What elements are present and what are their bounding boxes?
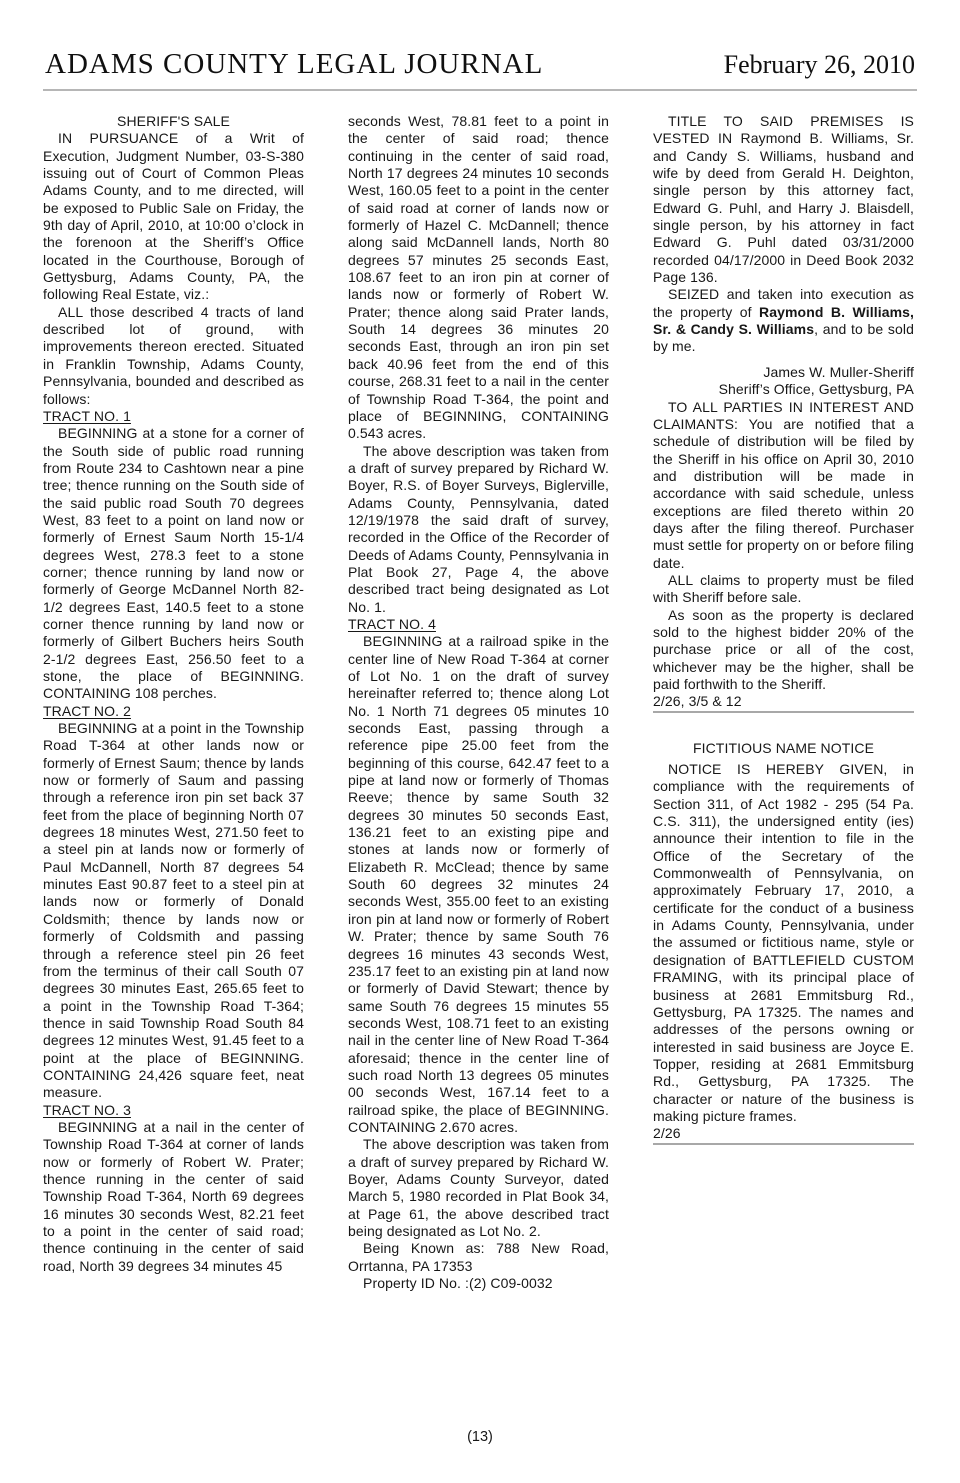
paragraph: BEGINNING at a railroad spike in the cen… [348, 633, 609, 1136]
column-3: TITLE TO SAID PREMISES IS VESTED IN Raym… [653, 113, 914, 1292]
paragraph: SEIZED and taken into execution as the p… [653, 286, 914, 355]
column-1: SHERIFF'S SALEIN PURSUANCE of a Writ of … [43, 113, 304, 1292]
paragraph: TO ALL PARTIES IN INTEREST AND CLAIMANTS… [653, 399, 914, 572]
issue-date: February 26, 2010 [724, 50, 915, 80]
section-divider [653, 711, 914, 713]
paragraph: BEGINNING at a point in the Township Roa… [43, 720, 304, 1102]
paragraph: NOTICE IS HEREBY GIVEN, in compliance wi… [653, 761, 914, 1125]
article-columns: SHERIFF'S SALEIN PURSUANCE of a Writ of … [43, 113, 917, 1292]
paragraph: BEGINNING at a nail in the center of Tow… [43, 1119, 304, 1275]
paragraph: TITLE TO SAID PREMISES IS VESTED IN Raym… [653, 113, 914, 286]
paragraph: seconds West, 78.81 feet to a point in t… [348, 113, 609, 443]
column-2: seconds West, 78.81 feet to a point in t… [348, 113, 609, 1292]
paragraph: Property ID No. :(2) C09-0032 [348, 1275, 609, 1292]
journal-page: ADAMS COUNTY LEGAL JOURNAL February 26, … [0, 0, 960, 1483]
section-heading: SHERIFF'S SALE [43, 113, 304, 130]
paragraph: Being Known as: 788 New Road, Orrtanna, … [348, 1240, 609, 1275]
paragraph: The above description was taken from a d… [348, 443, 609, 616]
section-divider [653, 1143, 914, 1145]
paragraph: IN PURSUANCE of a Writ of Execution, Jud… [43, 130, 304, 303]
masthead: ADAMS COUNTY LEGAL JOURNAL February 26, … [43, 48, 917, 81]
journal-title: ADAMS COUNTY LEGAL JOURNAL [45, 48, 543, 81]
page-footer: (13) [0, 1429, 960, 1445]
signature-line: James W. Muller-Sheriff [653, 364, 914, 381]
paragraph: ALL claims to property must be filed wit… [653, 572, 914, 607]
tract-heading: TRACT NO. 4 [348, 616, 609, 633]
page-number: (13) [467, 1429, 493, 1445]
paragraph: ALL those described 4 tracts of land des… [43, 304, 304, 408]
tract-heading: TRACT NO. 3 [43, 1102, 304, 1119]
signature-line: Sheriff’s Office, Gettysburg, PA [653, 381, 914, 398]
tract-heading: TRACT NO. 2 [43, 703, 304, 720]
paragraph: BEGINNING at a stone for a corner of the… [43, 425, 304, 703]
publication-dates: 2/26, 3/5 & 12 [653, 693, 914, 710]
header-rule [43, 89, 917, 91]
paragraph: The above description was taken from a d… [348, 1136, 609, 1240]
paragraph: As soon as the property is declared sold… [653, 607, 914, 694]
section-heading: FICTITIOUS NAME NOTICE [653, 740, 914, 757]
publication-dates: 2/26 [653, 1125, 914, 1142]
tract-heading: TRACT NO. 1 [43, 408, 304, 425]
